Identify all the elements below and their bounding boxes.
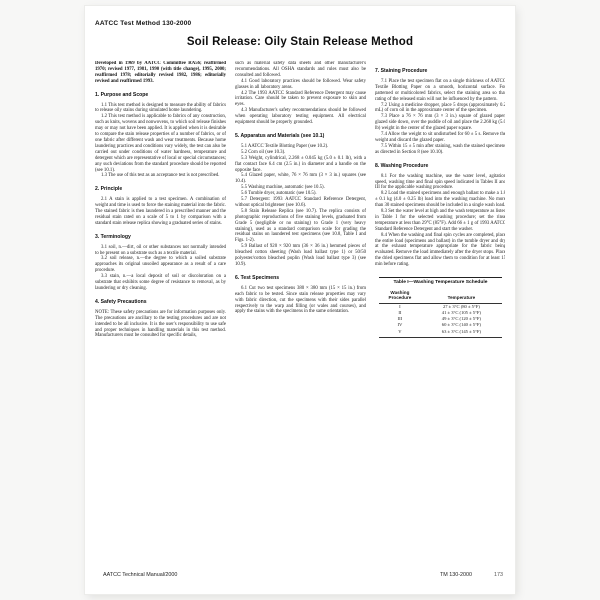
paragraph: 7.2 Using a medicine dropper, place 5 dr… xyxy=(375,103,505,115)
table-body: I27 ± 3°C (80 ± 5°F)II41 ± 3°C (105 ± 5°… xyxy=(379,303,502,337)
paragraph: 7.4 Allow the weight to sit undisturbed … xyxy=(375,132,505,144)
paragraph: 7.5 Within 15 ± 5 min after staining, wa… xyxy=(375,144,505,156)
table-cell: I xyxy=(379,303,421,310)
section-heading: 8. Washing Procedure xyxy=(375,164,505,170)
page-footer: AATCC Technical Manual/2000 TM 130-2000 … xyxy=(95,572,505,578)
columns: Developed in 1969 by AATCC Committee RA5… xyxy=(95,61,505,539)
paragraph: 2.1 A stain is applied to a test specime… xyxy=(95,197,226,227)
paragraph: 8.3 Set the water level at high and the … xyxy=(375,209,505,233)
paragraph: 6.1 Cut two test specimens 380 × 380 mm … xyxy=(235,286,366,316)
paragraph: 1.1 This test method is designed to meas… xyxy=(95,103,226,115)
paragraph: 5.4 Glazed paper, white, 76 × 76 mm (3 ×… xyxy=(235,173,366,185)
table-header-row: Washing Procedure Temperature xyxy=(379,289,502,303)
scan-background: AATCC Test Method 130-2000 Soil Release:… xyxy=(0,0,600,600)
paragraph: 7.1 Place the test specimen flat on a si… xyxy=(375,79,505,103)
paragraph: 5.8 Stain Release Replica (see 10.7). Th… xyxy=(235,209,366,244)
table-row: I27 ± 3°C (80 ± 5°F) xyxy=(379,303,502,310)
paragraph: 8.2 Load the stained specimens and enoug… xyxy=(375,191,505,209)
section-heading: 7. Staining Procedure xyxy=(375,69,505,75)
paragraph: 4.1 Good laboratory practices should be … xyxy=(235,79,366,91)
section-heading: 1. Purpose and Scope xyxy=(95,93,226,99)
column-1: Developed in 1969 by AATCC Committee RA5… xyxy=(95,61,226,539)
document-page: AATCC Test Method 130-2000 Soil Release:… xyxy=(85,6,515,594)
washing-temperature-table: Washing Procedure Temperature I27 ± 3°C … xyxy=(379,289,502,338)
paragraph: 7.3 Place a 76 × 76 mm (3 × 3 in.) squar… xyxy=(375,114,505,132)
page-title: Soil Release: Oily Stain Release Method xyxy=(95,36,505,48)
section-heading: 4. Safety Precautions xyxy=(95,300,226,306)
table-title: Table I—Washing Temperature Schedule xyxy=(379,277,502,286)
column-3: 7. Staining Procedure7.1 Place the test … xyxy=(375,61,505,539)
section-heading: 3. Terminology xyxy=(95,235,226,241)
table-cell: 27 ± 3°C (80 ± 5°F) xyxy=(421,303,502,310)
footer-method-label: TM 130-2000 xyxy=(440,572,472,578)
column-2: such as material safety data sheets and … xyxy=(235,61,366,539)
paragraph: 1.3 The use of this test as an acceptanc… xyxy=(95,173,226,179)
paragraph: 4.2 The 1993 AATCC Standard Reference De… xyxy=(235,91,366,109)
paragraph: 4.3 Manufacturer's safety recommendation… xyxy=(235,108,366,126)
paragraph: 8.1 For the washing machine, use the wat… xyxy=(375,174,505,192)
paragraph: 3.3 stain, n.—a local deposit of soil or… xyxy=(95,274,226,292)
paragraph: NOTE: These safety precautions are for i… xyxy=(95,310,226,340)
section-heading: 5. Apparatus and Materials (see 10.1) xyxy=(235,134,366,140)
section-heading: 2. Principle xyxy=(95,187,226,193)
table-cell: 63 ± 3°C (145 ± 5°F) xyxy=(421,329,502,338)
paragraph: 5.9 Ballast of 920 × 920 mm (36 × 36 in.… xyxy=(235,244,366,268)
table-cell: V xyxy=(379,329,421,338)
table-header-cell: Temperature xyxy=(421,289,502,303)
table-row: V63 ± 3°C (145 ± 5°F) xyxy=(379,329,502,338)
page-content: AATCC Test Method 130-2000 Soil Release:… xyxy=(85,6,515,594)
paragraph: 5.3 Weight, cylindrical, 2.268 ± 0.045 k… xyxy=(235,156,366,174)
page-number: 173 xyxy=(494,572,503,578)
paragraph: such as material safety data sheets and … xyxy=(235,61,366,79)
paragraph: 5.7 Detergent: 1993 AATCC Standard Refer… xyxy=(235,197,366,209)
paragraph: 8.4 When the washing and final spin cycl… xyxy=(375,233,505,268)
footer-manual-label: AATCC Technical Manual/2000 xyxy=(103,572,177,578)
document-header: AATCC Test Method 130-2000 xyxy=(95,20,505,27)
table-header-cell: Washing Procedure xyxy=(379,289,421,303)
paragraph: 1.2 This test method is applicable to fa… xyxy=(95,114,226,173)
table-head: Washing Procedure Temperature xyxy=(379,289,502,303)
table-block: Table I—Washing Temperature Schedule Was… xyxy=(375,277,505,338)
section-heading: 6. Test Specimens xyxy=(235,276,366,282)
paragraph: Developed in 1969 by AATCC Committee RA5… xyxy=(95,61,226,85)
paragraph: 3.2 soil release, n.—the degree to which… xyxy=(95,256,226,274)
paragraph: 3.1 soil, n.—dirt, oil or other substanc… xyxy=(95,245,226,257)
